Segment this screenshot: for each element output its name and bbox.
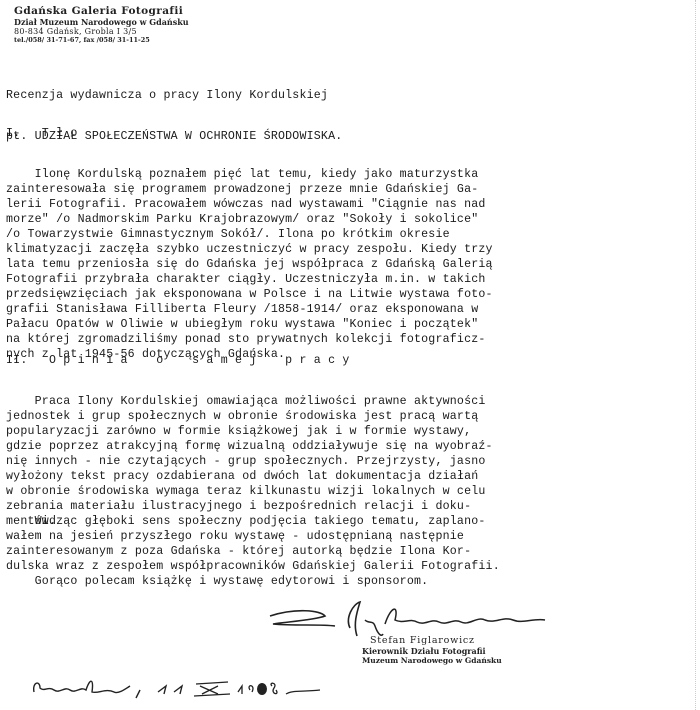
signature-block: Stefan Figlarowicz Kierownik Działu Foto…: [362, 636, 502, 666]
section-3-body: Widząc głęboki sens społeczny podjęcia t…: [6, 514, 500, 589]
scan-edge: [694, 0, 696, 710]
text-line: lata temu przeniosła się do Gdańska jej …: [6, 257, 493, 272]
text-line: dulska wraz z zespołem współpracowników …: [6, 559, 500, 574]
letterhead-address: 80-834 Gdańsk, Grobla I 3/5: [14, 27, 189, 36]
handwritten-date: [28, 672, 328, 702]
text-line: wyłożony tekst pracy ozdabierana od dwóc…: [6, 469, 493, 484]
text-line: zainteresowała się programem prowadzonej…: [6, 182, 493, 197]
letterhead: Gdańska Galeria Fotografii Dział Muzeum …: [14, 6, 189, 45]
section-1-heading: I. T ł o: [6, 126, 493, 141]
text-line: grafii Stanisława Filliberta Fleury /185…: [6, 302, 493, 317]
letterhead-contact: tel./058/ 31-71-67, fax /058/ 31-11-25: [14, 36, 189, 45]
text-line: nię innych - nie czytających - grup społ…: [6, 454, 493, 469]
text-line: popularyzacji zarówno w formie książkowe…: [6, 424, 493, 439]
signatory-role: Kierownik Działu Fotografii: [362, 646, 502, 656]
text-line: /o Towarzystwie Gimnastycznym Sokół/. Il…: [6, 227, 493, 242]
text-line: morze" /o Nadmorskim Parku Krajobrazowym…: [6, 212, 493, 227]
section-2-heading: II. O p i n i a o s a m e j p r a c y: [6, 353, 493, 368]
handwritten-signature: [265, 598, 555, 640]
signatory-name: Stefan Figlarowicz: [362, 636, 502, 646]
text-line: przedsięwzięciach jak eksponowana w Pols…: [6, 287, 493, 302]
text-line: gdzie poprzez atrakcyjną formę wizualną …: [6, 439, 493, 454]
text-line: zainteresowanym z poza Gdańska - której …: [6, 544, 500, 559]
text-line: Widząc głęboki sens społeczny podjęcia t…: [6, 514, 500, 529]
text-line: klimatyzacji zaczęła szybko uczestniczyć…: [6, 242, 493, 257]
text-line: Praca Ilony Kordulskiej omawiająca możli…: [6, 394, 493, 409]
text-line: Ilonę Kordulską poznałem pięć lat temu, …: [6, 167, 493, 182]
text-line: jednostek i grup społecznych w obronie ś…: [6, 409, 493, 424]
text-line: lerii Fotografii. Pracowałem wówczas nad…: [6, 197, 493, 212]
letterhead-department: Dział Muzeum Narodowego w Gdańsku: [14, 17, 189, 27]
text-line: Gorąco polecam książkę i wystawę edytoro…: [6, 574, 500, 589]
letterhead-name: Gdańska Galeria Fotografii: [14, 6, 189, 17]
text-line: wałem na jesień przyszłego roku wystawę …: [6, 529, 500, 544]
signatory-institution: Muzeum Narodowego w Gdańsku: [362, 656, 502, 666]
section-conclusion: Widząc głęboki sens społeczny podjęcia t…: [6, 488, 500, 615]
text-line: Fotografii przybrała charakter ciągły. U…: [6, 272, 493, 287]
